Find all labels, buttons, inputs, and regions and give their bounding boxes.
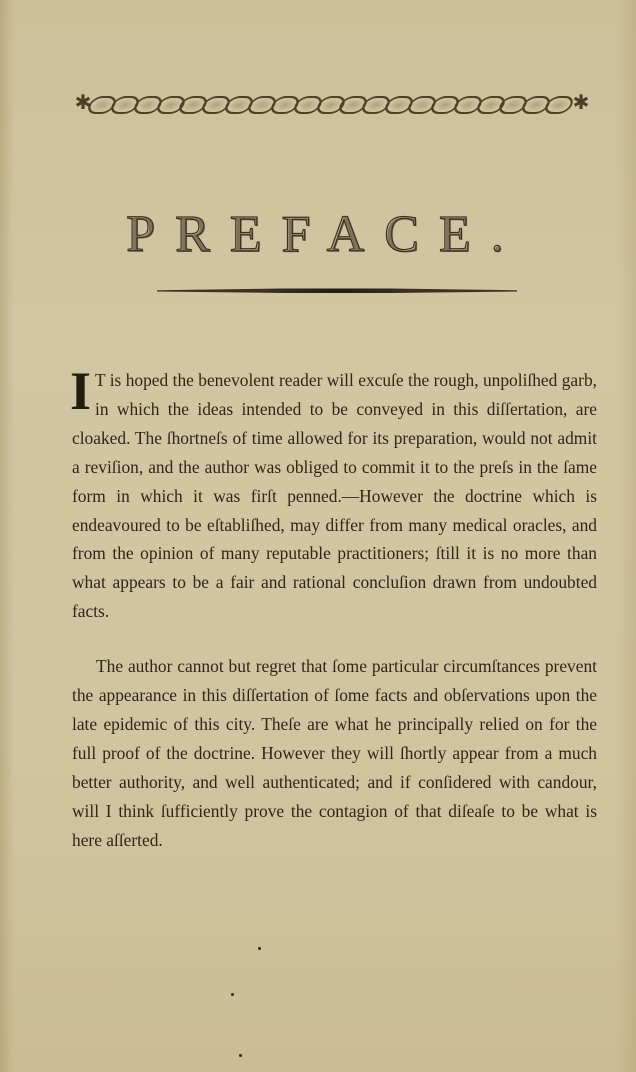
title-divider-rule: [157, 288, 517, 293]
header-ornament-border: ✱ ✱: [74, 92, 590, 114]
paragraph-2-text: The author cannot but regret that ſome p…: [72, 656, 597, 849]
page-edge-shadow-left: [0, 0, 14, 1072]
page-edge-shadow-right: [616, 0, 636, 1072]
paper-speck: [258, 947, 261, 950]
paragraph-2: The author cannot but regret that ſome p…: [72, 652, 597, 854]
paragraph-1-text: T is hoped the benevolent reader will ex…: [72, 370, 597, 621]
paper-speck: [239, 1054, 242, 1057]
drop-cap: I: [70, 369, 91, 413]
preface-body: IT is hoped the benevolent reader will e…: [72, 366, 597, 855]
chain-link-ornament: [92, 94, 572, 112]
paper-speck: [231, 993, 234, 996]
paragraph-1: IT is hoped the benevolent reader will e…: [72, 366, 597, 626]
asterisk-star-icon: ✱: [572, 93, 590, 113]
page-title: PREFACE.: [0, 205, 636, 264]
